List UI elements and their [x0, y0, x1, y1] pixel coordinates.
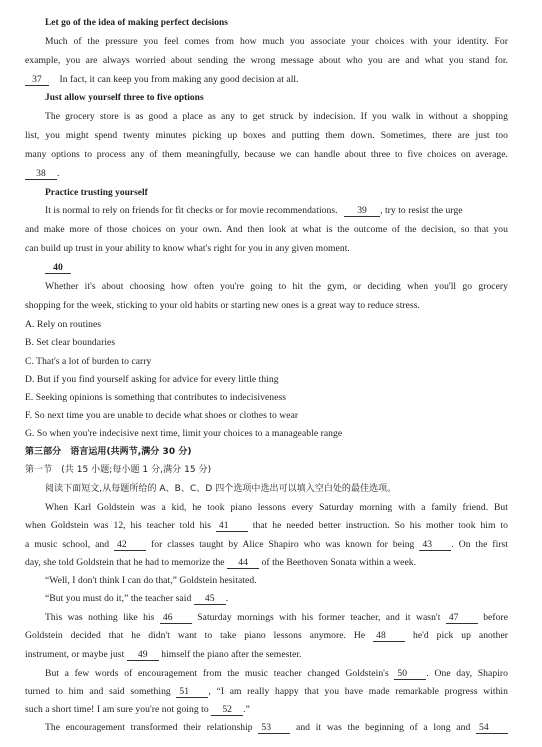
option-f: F. So next time you are unable to decide…	[25, 410, 508, 422]
blank-54: 54	[476, 722, 508, 734]
blank-41: 41	[216, 520, 248, 532]
blank-47: 47	[446, 612, 478, 624]
text-span: of the Beethoven Sonata within a week.	[262, 557, 417, 568]
heading-trusting-yourself: Practice trusting yourself	[45, 187, 528, 199]
blank-50: 50	[394, 668, 426, 680]
blank-38: 38	[25, 168, 57, 180]
blank-52: 52	[211, 704, 243, 716]
paragraph-line: 37 In fact, it can keep you from making …	[25, 74, 508, 86]
text-span: himself the piano after the semester.	[161, 649, 301, 660]
passage-line: The encouragement transformed their rela…	[45, 722, 508, 734]
text-span: for classes taught by Alice Shapiro who …	[151, 539, 414, 550]
text-span: when Goldstein was 12, his teacher told …	[25, 520, 211, 531]
text-span: such a short time! I am sure you're not …	[25, 704, 209, 715]
heading-three-to-five: Just allow yourself three to five option…	[45, 92, 528, 104]
text-span: “But you must do it,” the teacher said	[45, 593, 191, 604]
paragraph-line: shopping for the week, sticking to your …	[25, 300, 508, 312]
passage-line: day, she told Goldstein that he had to m…	[25, 557, 508, 569]
paragraph-line: The grocery store is as good a place as …	[45, 111, 508, 123]
text-span: This was nothing like his	[45, 612, 154, 623]
text-span: It is normal to rely on friends for fit …	[45, 205, 338, 216]
passage-line: “But you must do it,” the teacher said 4…	[45, 593, 508, 605]
option-e: E. Seeking opinions is something that co…	[25, 392, 508, 404]
passage-line: This was nothing like his 46 Saturday mo…	[45, 612, 508, 624]
blank-42: 42	[114, 539, 146, 551]
text-span: The encouragement transformed their rela…	[45, 722, 253, 733]
text-span: , “I am really happy that you have made …	[208, 686, 508, 697]
punctuation: .	[57, 168, 59, 179]
blank-49: 49	[127, 649, 159, 661]
text-span: he'd pick up another	[413, 630, 508, 641]
paragraph-line: example, you are always worried about se…	[25, 55, 508, 67]
blank-45: 45	[194, 593, 226, 605]
text-span: a music school, and	[25, 539, 109, 550]
blank-48: 48	[373, 630, 405, 642]
option-b: B. Set clear boundaries	[25, 337, 508, 349]
paragraph-line: can build up trust in your ability to kn…	[25, 243, 508, 255]
text-span: , try to resist the urge	[380, 205, 463, 216]
passage-line: When Karl Goldstein was a kid, he took p…	[45, 502, 508, 514]
text-span: .	[226, 593, 228, 604]
blank-53: 53	[258, 722, 290, 734]
option-g: G. So when you're indecisive next time, …	[25, 428, 508, 440]
blank-40: 40	[45, 262, 71, 274]
text-span: .”	[243, 704, 250, 715]
passage-line: a music school, and 42 for classes taugh…	[25, 539, 508, 551]
instruction: 阅读下面短文,从每题所给的 A、B、C、D 四个选项中选出可以填入空白处的最佳选…	[45, 483, 528, 495]
blank-37-followup: In fact, it can keep you from making any…	[59, 74, 298, 85]
blank-51: 51	[176, 686, 208, 698]
paragraph-line: Much of the pressure you feel comes from…	[45, 36, 508, 48]
passage-line: Goldstein decided that he didn't want to…	[25, 630, 508, 642]
text-span: Saturday mornings with his former teache…	[197, 612, 440, 623]
passage-line: turned to him and said something 51, “I …	[25, 686, 508, 698]
part-three-title: 第三部分 语言运用(共两节,满分 30 分)	[25, 446, 508, 458]
text-span: day, she told Goldstein that he had to m…	[25, 557, 225, 568]
paragraph-line: It is normal to rely on friends for fit …	[45, 205, 508, 217]
paragraph-line: 38.	[25, 168, 508, 180]
text-span: Goldstein decided that he didn't want to…	[25, 630, 365, 641]
paragraph-line: list, you might spend twenty minutes pic…	[25, 130, 508, 142]
passage-line: when Goldstein was 12, his teacher told …	[25, 520, 508, 532]
blank-37: 37	[25, 74, 49, 86]
paragraph-line: 40	[45, 262, 528, 274]
text-span: But a few words of encouragement from th…	[45, 668, 389, 679]
option-a: A. Rely on routines	[25, 319, 508, 331]
text-span: . On the first	[451, 539, 508, 550]
option-c: C. That's a lot of burden to carry	[25, 356, 508, 368]
text-span: instrument, or maybe just	[25, 649, 124, 660]
blank-44: 44	[227, 557, 259, 569]
text-span: that he needed better instruction. So hi…	[253, 520, 508, 531]
blank-39: 39	[344, 205, 380, 217]
passage-line: instrument, or maybe just 49 himself the…	[25, 649, 508, 661]
text-span: turned to him and said something	[25, 686, 171, 697]
paragraph-line: and make more of those choices on your o…	[25, 224, 508, 236]
paragraph-line: Whether it's about choosing how often yo…	[45, 281, 508, 293]
blank-46: 46	[160, 612, 192, 624]
text-span: . One day, Shapiro	[426, 668, 508, 679]
option-d: D. But if you find yourself asking for a…	[25, 374, 508, 386]
passage-line: But a few words of encouragement from th…	[45, 668, 508, 680]
heading-perfect-decisions: Let go of the idea of making perfect dec…	[45, 17, 528, 29]
passage-line: “Well, I don't think I can do that,” Gol…	[45, 575, 508, 587]
section-one-title: 第一节 (共 15 小题;每小题 1 分,满分 15 分)	[25, 464, 508, 476]
paragraph-line: many options to process any of them mean…	[25, 149, 508, 161]
text-span: and it was the beginning of a long and	[296, 722, 470, 733]
blank-43: 43	[419, 539, 451, 551]
text-span: before	[483, 612, 508, 623]
passage-line: such a short time! I am sure you're not …	[25, 704, 508, 716]
exam-page: Let go of the idea of making perfect dec…	[0, 0, 542, 747]
